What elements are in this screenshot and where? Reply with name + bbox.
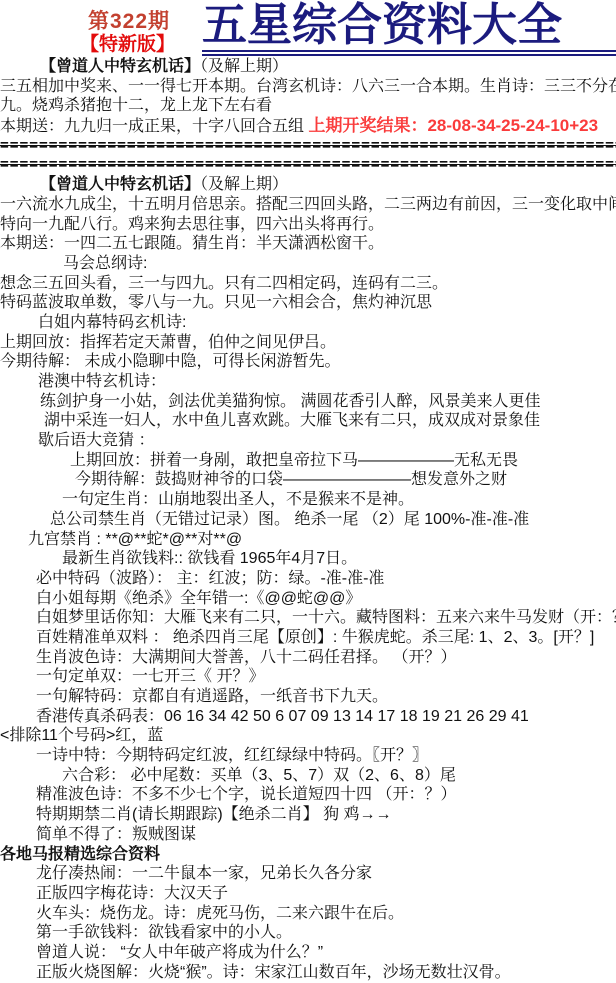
text-segment: <排除11个号码>红，蓝 <box>0 727 163 744</box>
text-segment: 白姐内幕特码玄机诗: <box>38 314 186 331</box>
text-line: 第一手欲钱料：欲钱看家中的小人。 <box>0 923 616 943</box>
text-segment: 【曾道人中特玄机话】 <box>40 58 200 75</box>
text-segment: 第一手欲钱料：欲钱看家中的小人。 <box>36 924 292 941</box>
text-line: 火车头：烧伤龙。诗：虎死马伤，二来六跟牛在后。 <box>0 904 616 924</box>
text-segment: 生肖波色诗：大满期间大誉善，八十二码任君择。 （开？） <box>36 649 456 666</box>
text-segment: 总公司禁生肖（无错过记录）图。 绝杀一尾 （2）尾 100%-准-准-准 <box>50 511 529 528</box>
text-segment: 正版火烧图解：火烧“猴”。诗：宋家江山数百年，沙场无数壮汉骨。 <box>36 964 511 981</box>
content-lines: 【曾道人中特玄机话】（及解上期）三五相加中奖来、一一得七开本期。台湾玄机诗：八六… <box>0 57 616 982</box>
text-segment: 想念三五回头看，三一与四九。只有二四相定码，连码有二三。 <box>0 275 448 292</box>
text-segment: 六合彩： 必中尾数：买单（3、5、7）双（2、6、8）尾 <box>62 767 456 784</box>
text-line: 龙仔凑热闹：一二牛鼠本一家，兄弟长久各分家 <box>0 864 616 884</box>
page-title: 五星综合资料大全 <box>202 0 616 56</box>
text-line: 九。烧鸡杀猪抱十二，龙上龙下左右看 <box>0 96 616 116</box>
text-line: 简单不得了：叛贼图谋 <box>0 825 616 845</box>
text-line: 一句解特码：京都自有逍遥路，一纸音书下九天。 <box>0 687 616 707</box>
text-line: 生肖波色诗：大满期间大誉善，八十二码任君择。 （开？） <box>0 648 616 668</box>
text-segment: 特码蓝波取单数，零八与一九。只见一六相会合，焦灼神沉思 <box>0 294 432 311</box>
text-line: 练剑护身一小姑，剑法优美猫狗惊。 满圆花香引人醉，风景美来人更佳 <box>0 392 616 412</box>
text-segment: 龙仔凑热闹：一二牛鼠本一家，兄弟长久各分家 <box>36 865 372 882</box>
text-line: 【曾道人中特玄机话】（及解上期） <box>0 175 616 195</box>
text-segment: 正版四字梅花诗：大汉天子 <box>36 885 228 902</box>
text-line: 各地马报精选综合资料 <box>0 845 616 865</box>
text-segment: 练剑护身一小姑，剑法优美猫狗惊。 满圆花香引人醉，风景美来人更佳 <box>40 393 540 410</box>
text-segment: 九宫禁肖 : **@**蛇*@**对**@ <box>28 531 242 548</box>
text-segment: 特向一九配八行。鸡来狗去思往事，四六出头将再行。 <box>0 216 384 233</box>
edition-tag: 【特新版】 <box>80 29 175 56</box>
text-segment: 白姐梦里话你知：大雁飞来有二只，一十六。藏特图料：五来六来牛马发财（开：？） <box>36 609 616 626</box>
text-segment: 今期待解：鼓捣财神爷的口袋————————想发意外之财 <box>75 471 507 488</box>
text-line: <排除11个号码>红，蓝 <box>0 726 616 746</box>
separator: ========================================… <box>0 136 616 156</box>
text-segment: （及解上期） <box>200 176 288 193</box>
text-line: 今期待解： 未成小隐聊中隐，可得长闲游暂先。 <box>0 352 616 372</box>
text-segment: 湖中采连一妇人，水中鱼儿喜欢跳。大雁飞来有二只，成双成对景象佳 <box>44 412 540 429</box>
text-segment: 上期开奖结果：28-08-34-25-24-10+23 <box>308 116 598 135</box>
text-line: 六合彩： 必中尾数：买单（3、5、7）双（2、6、8）尾 <box>0 766 616 786</box>
text-segment: 必中特码（波路）： 主：红波；防：绿。-准-准-准 <box>36 570 384 587</box>
text-segment: 本期送：九九归一成正果，十字八回合五组 <box>0 118 304 135</box>
text-line: 白小姐每期《绝杀》全年错一:《@@蛇@@》 <box>0 589 616 609</box>
text-segment: 精准波色诗：不多不少七个字，说长道短四十四 （开：？） <box>36 786 456 803</box>
text-line: 上期回放：指挥若定天萧曹，伯仲之间见伊吕。 <box>0 333 616 353</box>
text-line: 一六流水九成尘，十五明月倍思亲。搭配三四回头路，二三两边有前因，三一变化取中间， <box>0 195 616 215</box>
separator: ========================================… <box>0 155 616 175</box>
text-line: 一诗中特：今期特码定红波，红红绿绿中特码。〖开？〗 <box>0 746 616 766</box>
text-segment: （及解上期） <box>200 58 288 75</box>
text-line: 【曾道人中特玄机话】（及解上期） <box>0 57 616 77</box>
text-line: 正版四字梅花诗：大汉天子 <box>0 884 616 904</box>
text-segment: 一诗中特：今期特码定红波，红红绿绿中特码。〖开？〗 <box>36 747 428 764</box>
text-segment: 九。烧鸡杀猪抱十二，龙上龙下左右看 <box>0 97 272 114</box>
text-segment: 一六流水九成尘，十五明月倍思亲。搭配三四回头路，二三两边有前因，三一变化取中间， <box>0 196 616 213</box>
text-segment: 火车头：烧伤龙。诗：虎死马伤，二来六跟牛在后。 <box>36 905 404 922</box>
text-line: 本期送：九九归一成正果，十字八回合五组 上期开奖结果：28-08-34-25-2… <box>0 116 616 136</box>
text-segment: 白小姐每期《绝杀》全年错一:《@@蛇@@》 <box>36 590 361 607</box>
text-line: 马会总纲诗: <box>0 254 616 274</box>
text-line: 精准波色诗：不多不少七个字，说长道短四十四 （开：？） <box>0 785 616 805</box>
text-line: 特期期禁二肖(请长期跟踪)【绝杀二肖】 狗 鸡→→ <box>0 805 616 825</box>
text-line: 正版火烧图解：火烧“猴”。诗：宋家江山数百年，沙场无数壮汉骨。 <box>0 963 616 983</box>
text-segment: 曾道人说： “女人中年破产将成为什么？” <box>36 944 323 961</box>
text-segment: 港澳中特玄机诗： <box>38 373 166 390</box>
text-line: 特向一九配八行。鸡来狗去思往事，四六出头将再行。 <box>0 215 616 235</box>
text-segment: 一句定单双：一七开三《 开？》 <box>36 668 264 685</box>
text-line: 湖中采连一妇人，水中鱼儿喜欢跳。大雁飞来有二只，成双成对景象佳 <box>0 411 616 431</box>
text-segment: 最新生肖欲钱料:: 欲钱看 1965年4月7日。 <box>62 550 357 567</box>
text-segment: 歇后语大竞猜 ： <box>38 432 154 449</box>
text-segment: 上期回放：拼着一身剐，敢把皇帝拉下马——————无私无畏 <box>70 452 518 469</box>
text-line: 今期待解：鼓捣财神爷的口袋————————想发意外之财 <box>0 470 616 490</box>
text-line: 港澳中特玄机诗： <box>0 372 616 392</box>
text-line: 歇后语大竞猜 ： <box>0 431 616 451</box>
text-line: 曾道人说： “女人中年破产将成为什么？” <box>0 943 616 963</box>
text-segment: 本期送：一四二五七跟随。猜生肖：半天潇洒松窗干。 <box>0 235 384 252</box>
text-line: 总公司禁生肖（无错过记录）图。 绝杀一尾 （2）尾 100%-准-准-准 <box>0 510 616 530</box>
text-segment: 百姓精准单双料 ： 绝杀四肖三尾【原创】: 牛猴虎蛇。杀三尾: 1、2、3。[开… <box>36 629 594 646</box>
text-line: 九宫禁肖 : **@**蛇*@**对**@ <box>0 530 616 550</box>
text-segment: 各地马报精选综合资料 <box>0 846 160 863</box>
text-line: 必中特码（波路）： 主：红波；防：绿。-准-准-准 <box>0 569 616 589</box>
text-segment: 今期待解： 未成小隐聊中隐，可得长闲游暂先。 <box>0 353 340 370</box>
text-line: 白姐梦里话你知：大雁飞来有二只，一十六。藏特图料：五来六来牛马发财（开：？） <box>0 608 616 628</box>
text-line: 白姐内幕特码玄机诗: <box>0 313 616 333</box>
text-segment: 特期期禁二肖(请长期跟踪)【绝杀二肖】 狗 鸡→→ <box>36 806 392 823</box>
text-line: 百姓精准单双料 ： 绝杀四肖三尾【原创】: 牛猴虎蛇。杀三尾: 1、2、3。[开… <box>0 628 616 648</box>
lottery-info-sheet: 第322期 【特新版】 五星综合资料大全 【曾道人中特玄机话】（及解上期）三五相… <box>0 0 616 983</box>
text-line: 特码蓝波取单数，零八与一九。只见一六相会合，焦灼神沉思 <box>0 293 616 313</box>
text-line: 上期回放：拼着一身剐，敢把皇帝拉下马——————无私无畏 <box>0 451 616 471</box>
text-segment: 【曾道人中特玄机话】 <box>40 176 200 193</box>
text-segment: 一句解特码：京都自有逍遥路，一纸音书下九天。 <box>36 688 388 705</box>
text-line: 一句定单双：一七开三《 开？》 <box>0 667 616 687</box>
text-line: 香港传真杀码表：06 16 34 42 50 6 07 09 13 14 17 … <box>0 707 616 727</box>
text-segment: 简单不得了：叛贼图谋 <box>36 826 196 843</box>
text-segment: 香港传真杀码表：06 16 34 42 50 6 07 09 13 14 17 … <box>36 708 529 725</box>
text-line: 最新生肖欲钱料:: 欲钱看 1965年4月7日。 <box>0 549 616 569</box>
text-line: 本期送：一四二五七跟随。猜生肖：半天潇洒松窗干。 <box>0 234 616 254</box>
text-line: 想念三五回头看，三一与四九。只有二四相定码，连码有二三。 <box>0 274 616 294</box>
text-segment: 三五相加中奖来、一一得七开本期。台湾玄机诗：八六三一合本期。生肖诗：三三不分在来 <box>0 78 616 95</box>
text-segment: 马会总纲诗: <box>63 255 147 272</box>
page-header: 第322期 【特新版】 五星综合资料大全 <box>0 0 616 57</box>
text-segment: 一句定生肖：山崩地裂出圣人，不是猴来不是神。 <box>62 491 414 508</box>
text-segment: 上期回放：指挥若定天萧曹，伯仲之间见伊吕。 <box>0 334 336 351</box>
text-line: 三五相加中奖来、一一得七开本期。台湾玄机诗：八六三一合本期。生肖诗：三三不分在来 <box>0 77 616 97</box>
text-line: 一句定生肖：山崩地裂出圣人，不是猴来不是神。 <box>0 490 616 510</box>
